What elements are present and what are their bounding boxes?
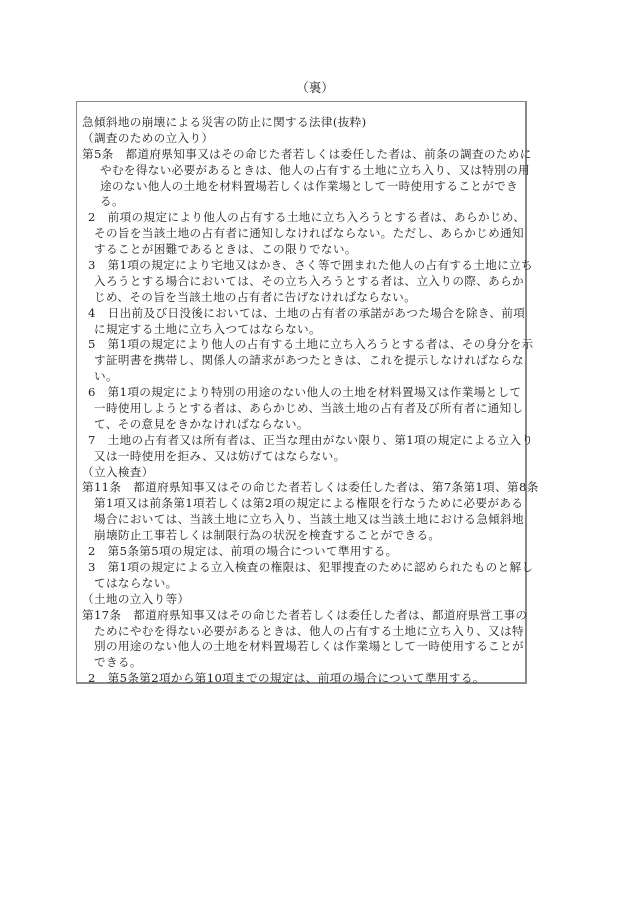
text-line: ためにやむを得ない必要があるときは、他人の占有する土地に立ち入り、又は特 bbox=[82, 624, 524, 640]
text-line: 又は一時使用を拒み、又は妨げてはならない。 bbox=[82, 449, 524, 465]
text-line: に規定する土地に立ち入つてはならない。 bbox=[82, 322, 524, 338]
law-excerpt-text: 急傾斜地の崩壊による災害の防止に関する法律(抜粋)（調査のための立入り）第5条 … bbox=[82, 115, 524, 687]
text-line: できる。 bbox=[82, 655, 524, 671]
text-line: 3 第1項の規定による立入検査の権限は、犯罪捜査のために認められたものと解し bbox=[82, 560, 524, 576]
text-line: やむを得ない必要があるときは、他人の占有する土地に立ち入り、又は特別の用 bbox=[82, 163, 524, 179]
text-line: 7 土地の占有者又は所有者は、正当な理由がない限り、第1項の規定による立入り bbox=[82, 433, 524, 449]
text-line: 2 第5条第2項から第10項までの規定は、前項の場合について準用する。 bbox=[82, 671, 524, 687]
text-line: （土地の立入り等） bbox=[82, 592, 524, 608]
text-line: 第5条 都道府県知事又はその命じた者若しくは委任した者は、前条の調査のために bbox=[82, 147, 524, 163]
text-line: い。 bbox=[82, 369, 524, 385]
text-line: 2 第5条第5項の規定は、前項の場合について準用する。 bbox=[82, 544, 524, 560]
text-line: 4 日出前及び日没後においては、土地の占有者の承諾があつた場合を除き、前項 bbox=[82, 306, 524, 322]
text-line: （調査のための立入り） bbox=[82, 131, 524, 147]
text-line: 別の用途のない他人の土地を材料置場若しくは作業場として一時使用することが bbox=[82, 639, 524, 655]
text-line: することが困難であるときは、この限りでない。 bbox=[82, 242, 524, 258]
text-line: 第1項又は前条第1項若しくは第2項の規定による権限を行なうために必要がある bbox=[82, 496, 524, 512]
text-line: 場合においては、当該土地に立ち入り、当該土地又は当該土地における急傾斜地 bbox=[82, 512, 524, 528]
document-title: 急傾斜地の崩壊による災害の防止に関する法律(抜粋) bbox=[82, 115, 524, 131]
page-side-label: （裏） bbox=[0, 80, 630, 96]
text-line: じめ、その旨を当該土地の占有者に告げなければならない。 bbox=[82, 290, 524, 306]
text-line: てはならない。 bbox=[82, 576, 524, 592]
text-line: 途のない他人の土地を材料置場若しくは作業場として一時使用することができ bbox=[82, 179, 524, 195]
text-line: （立入検査） bbox=[82, 465, 524, 481]
text-line: 3 第1項の規定により宅地又はかき、さく等で囲まれた他人の占有する土地に立ち bbox=[82, 258, 524, 274]
text-line: 一時使用しようとする者は、あらかじめ、当該土地の占有者及び所有者に通知し bbox=[82, 401, 524, 417]
text-line: て、その意見をきかなければならない。 bbox=[82, 417, 524, 433]
text-line: その旨を当該土地の占有者に通知しなければならない。ただし、あらかじめ通知 bbox=[82, 226, 524, 242]
text-line: 5 第1項の規定により他人の占有する土地に立ち入ろうとする者は、その身分を示 bbox=[82, 337, 524, 353]
text-line: 6 第1項の規定により特別の用途のない他人の土地を材料置場又は作業場として bbox=[82, 385, 524, 401]
text-line: す証明書を携帯し、関係人の請求があつたときは、これを提示しなければならな bbox=[82, 353, 524, 369]
text-line: る。 bbox=[82, 194, 524, 210]
text-line: 第17条 都道府県知事又はその命じた者若しくは委任した者は、都道府県営工事の bbox=[82, 608, 524, 624]
text-line: 入ろうとする場合においては、その立ち入ろうとする者は、立入りの際、あらか bbox=[82, 274, 524, 290]
text-line: 崩壊防止工事若しくは制限行為の状況を検査することができる。 bbox=[82, 528, 524, 544]
text-line: 第11条 都道府県知事又はその命じた者若しくは委任した者は、第7条第1項、第8条 bbox=[82, 480, 524, 496]
text-line: 2 前項の規定により他人の占有する土地に立ち入ろうとする者は、あらかじめ、 bbox=[82, 210, 524, 226]
